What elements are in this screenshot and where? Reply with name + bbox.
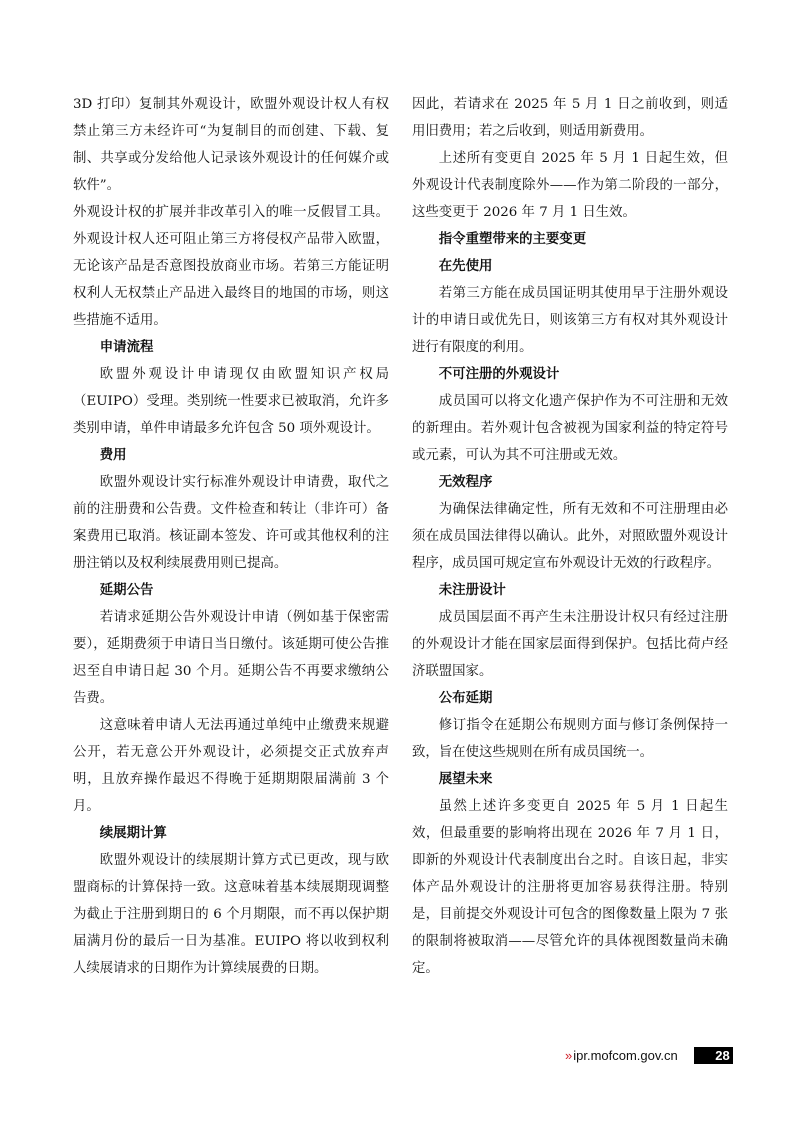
chevron-right-double-icon: » <box>565 1048 570 1063</box>
section-heading-outlook: 展望未来 <box>412 766 728 793</box>
section-heading-application: 申请流程 <box>73 334 389 361</box>
right-column: 因此，若请求在 2025 年 5 月 1 日之前收到，则适用旧费用；若之后收到，… <box>412 91 728 982</box>
section-heading-publication: 公布延期 <box>412 685 728 712</box>
page-number: 28 <box>694 1047 733 1064</box>
section-heading-unregistered: 未注册设计 <box>412 577 728 604</box>
section-heading-fees: 费用 <box>73 442 389 469</box>
paragraph: 成员国可以将文化遗产保护作为不可注册和无效的新理由。若外观计包含被视为国家利益的… <box>412 388 728 469</box>
site-url: ipr.mofcom.gov.cn <box>573 1048 678 1063</box>
page-footer: » ipr.mofcom.gov.cn 28 <box>565 1047 733 1064</box>
paragraph: 3D 打印）复制其外观设计，欧盟外观设计权人有权禁止第三方未经许可“为复制目的而… <box>73 91 389 199</box>
paragraph: 欧盟外观设计的续展期计算方式已更改，现与欧盟商标的计算保持一致。这意味着基本续展… <box>73 847 389 982</box>
section-heading-invalidity: 无效程序 <box>412 469 728 496</box>
paragraph: 虽然上述许多变更自 2025 年 5 月 1 日起生效，但最重要的影响将出现在 … <box>412 793 728 982</box>
paragraph: 为确保法律确定性，所有无效和不可注册理由必须在成员国法律得以确认。此外，对照欧盟… <box>412 496 728 577</box>
paragraph: 因此，若请求在 2025 年 5 月 1 日之前收到，则适用旧费用；若之后收到，… <box>412 91 728 145</box>
paragraph: 这意味着申请人无法再通过单纯中止缴费来规避公开，若无意公开外观设计，必须提交正式… <box>73 712 389 820</box>
paragraph: 上述所有变更自 2025 年 5 月 1 日起生效，但外观设计代表制度除外——作… <box>412 145 728 226</box>
paragraph: 修订指令在延期公布规则方面与修订条例保持一致，旨在使这些规则在所有成员国统一。 <box>412 712 728 766</box>
paragraph: 成员国层面不再产生未注册设计权只有经过注册的外观设计才能在国家层面得到保护。包括… <box>412 604 728 685</box>
section-heading-main-changes: 指令重塑带来的主要变更 <box>412 226 728 253</box>
paragraph: 若第三方能在成员国证明其使用早于注册外观设计的申请日或优先日，则该第三方有权对其… <box>412 280 728 361</box>
paragraph: 欧盟外观设计申请现仅由欧盟知识产权局（EUIPO）受理。类别统一性要求已被取消，… <box>73 361 389 442</box>
section-heading-renewal: 续展期计算 <box>73 820 389 847</box>
section-heading-unregistrable: 不可注册的外观设计 <box>412 361 728 388</box>
paragraph: 若请求延期公告外观设计申请（例如基于保密需要），延期费须于申请日当日缴付。该延期… <box>73 604 389 712</box>
left-column: 3D 打印）复制其外观设计，欧盟外观设计权人有权禁止第三方未经许可“为复制目的而… <box>73 91 389 982</box>
section-heading-deferment: 延期公告 <box>73 577 389 604</box>
section-heading-prior-use: 在先使用 <box>412 253 728 280</box>
paragraph: 外观设计权的扩展并非改革引入的唯一反假冒工具。外观设计权人还可阻止第三方将侵权产… <box>73 199 389 334</box>
paragraph: 欧盟外观设计实行标准外观设计申请费，取代之前的注册费和公告费。文件检查和转让（非… <box>73 469 389 577</box>
